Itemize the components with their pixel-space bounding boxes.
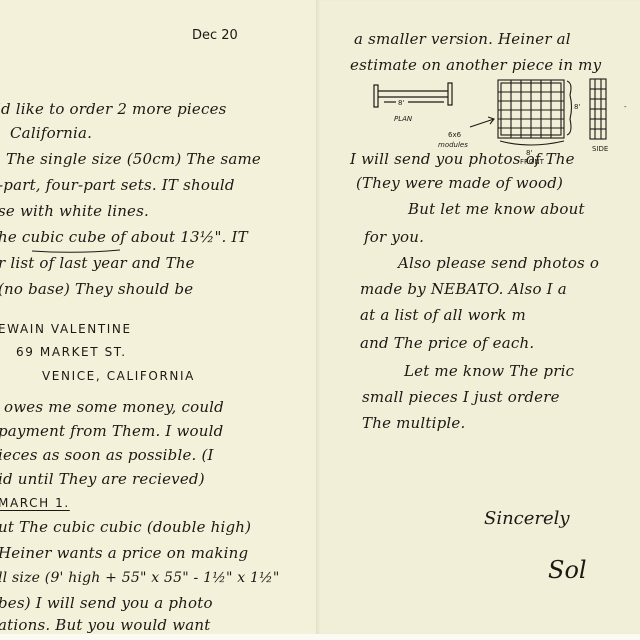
letter-line: id until They are recieved) xyxy=(0,470,205,488)
letter-line: The single size (50cm) The same xyxy=(6,150,261,168)
front-view-grid-drawing xyxy=(470,80,572,145)
letter-line: small pieces I just ordere xyxy=(362,388,560,406)
plan-label: PLAN xyxy=(394,115,413,123)
letter-line: But let me know about xyxy=(408,200,585,218)
letter-page-left: Dec 20 ld like to order 2 more pieces Ca… xyxy=(0,0,316,634)
front-label: FRONT xyxy=(520,158,545,165)
letter-line: ut The cubic cubic (double high) xyxy=(0,518,251,536)
letter-line-text: he cubic cube of about 13½". IT xyxy=(0,228,248,246)
side-label: SIDE xyxy=(592,145,608,153)
letter-line: and The price of each. xyxy=(360,334,534,352)
letter-line: at a list of all work m xyxy=(360,306,526,324)
letter-line: ieces as soon as possible. (I xyxy=(0,446,214,464)
letter-line: ld like to order 2 more pieces xyxy=(0,100,227,118)
side-view-drawing xyxy=(590,79,606,139)
plan-dimension: 8' xyxy=(398,99,404,107)
sculpture-sketch: is 8' PLAN 8' 8' FRONT 6x6 modules xyxy=(370,75,640,165)
plan-view-drawing xyxy=(374,83,452,107)
letter-line: se with white lines. xyxy=(0,202,149,220)
letter-line: ll size (9' high + 55" x 55" - 1½" x 1½" xyxy=(0,570,280,586)
letter-line: r list of last year and The xyxy=(0,254,195,272)
signature: Sol xyxy=(548,556,587,584)
underline-mark xyxy=(30,248,122,254)
front-width-label: 8' xyxy=(526,149,532,157)
letter-line: payment from Them. I would xyxy=(0,422,223,440)
address-line: EWAIN VALENTINE xyxy=(0,322,132,336)
address-line: 69 MARKET ST. xyxy=(16,345,127,359)
letter-line: California. xyxy=(10,124,92,142)
address-line: VENICE, CALIFORNIA xyxy=(42,369,195,383)
scan-border xyxy=(0,634,640,640)
letter-date: Dec 20 xyxy=(192,28,238,43)
deadline-text: MARCH 1. xyxy=(0,496,70,510)
letter-line: for you. xyxy=(364,228,424,246)
sketch-dash: - xyxy=(624,103,627,111)
letter-line: ations. But you would want xyxy=(0,616,210,634)
letter-line: made by NEBATO. Also I a xyxy=(360,280,567,298)
front-height-label: 8' xyxy=(574,103,580,111)
modules-label: modules xyxy=(438,141,468,149)
letter-line: The multiple. xyxy=(362,414,465,432)
closing-text: Sincerely xyxy=(484,508,570,529)
letter-line: Let me know The pric xyxy=(404,362,574,380)
letter-line: Also please send photos o xyxy=(398,254,599,272)
letter-line: -part, four-part sets. IT should xyxy=(0,176,235,194)
letter-line: estimate on another piece in my xyxy=(350,56,601,74)
letter-line: owes me some money, could xyxy=(4,398,224,416)
letter-line: he cubic cube of about 13½". IT xyxy=(0,228,248,246)
letter-line: Heiner wants a price on making xyxy=(0,544,248,562)
letter-line: a smaller version. Heiner al xyxy=(354,30,571,48)
letter-line: (They were made of wood) xyxy=(356,174,563,192)
letter-line: bes) I will send you a photo xyxy=(0,594,213,612)
modules-count-label: 6x6 xyxy=(448,131,462,139)
letter-line: (no base) They should be xyxy=(0,280,193,298)
